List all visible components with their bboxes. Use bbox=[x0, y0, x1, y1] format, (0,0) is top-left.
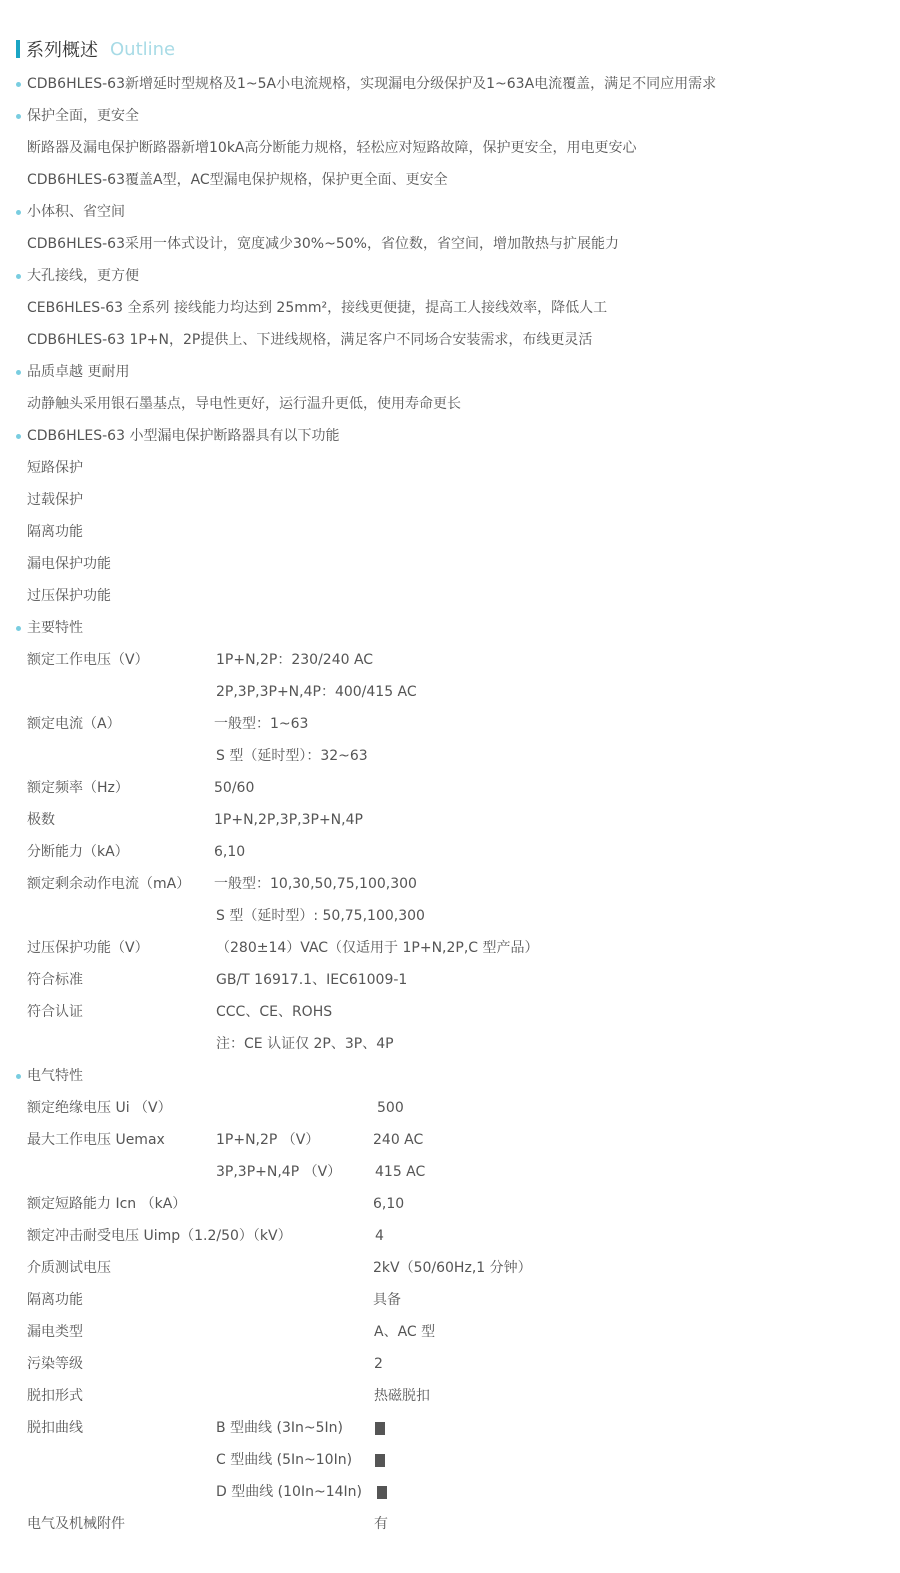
bullet-dot-icon bbox=[16, 82, 21, 87]
heading-accent-bar bbox=[16, 40, 20, 58]
electrical-row: 介质测试电压2kV（50/60Hz,1 分钟） bbox=[0, 1258, 900, 1278]
spec-row: 符合认证CCC、CE、ROHS bbox=[0, 1002, 900, 1022]
electrical-row: 额定冲击耐受电压 Uimp（1.2/50）（kV）4 bbox=[0, 1226, 900, 1246]
electrical-row: 脱扣形式热磁脱扣 bbox=[0, 1386, 900, 1406]
electrical-row: 污染等级2 bbox=[0, 1354, 900, 1374]
electrical-row: C 型曲线 (5In~10In) bbox=[0, 1450, 900, 1470]
heading-title-cn: 系列概述 bbox=[26, 36, 98, 62]
spec-row: 2P,3P,3P+N,4P：400/415 AC bbox=[0, 682, 900, 702]
electrical-row: 额定短路能力 Icn （kA）6,10 bbox=[0, 1194, 900, 1214]
spec-row: 注：CE 认证仅 2P、3P、4P bbox=[0, 1034, 900, 1054]
bullet-dot-icon bbox=[16, 434, 21, 439]
electrical-row: 脱扣曲线B 型曲线 (3In~5In) bbox=[0, 1418, 900, 1438]
section-heading: 系列概述 Outline bbox=[16, 37, 175, 61]
spec-row: 过压保护功能（V）（280±14）VAC（仅适用于 1P+N,2P,C 型产品） bbox=[0, 938, 900, 958]
electrical-row: 3P,3P+N,4P （V）415 AC bbox=[0, 1162, 900, 1182]
checked-mark-icon bbox=[375, 1454, 385, 1467]
spec-row: 额定频率（Hz）50/60 bbox=[0, 778, 900, 798]
electrical-row: 隔离功能具备 bbox=[0, 1290, 900, 1310]
heading-title-en: Outline bbox=[110, 39, 175, 60]
bullet-dot-icon bbox=[16, 210, 21, 215]
spec-row: 额定剩余动作电流（mA）一般型：10,30,50,75,100,300 bbox=[0, 874, 900, 894]
spec-row: 分断能力（kA）6,10 bbox=[0, 842, 900, 862]
checked-mark-icon bbox=[375, 1422, 385, 1435]
electrical-row: 最大工作电压 Uemax1P+N,2P （V）240 AC bbox=[0, 1130, 900, 1150]
bullet-dot-icon bbox=[16, 626, 21, 631]
electrical-row: 电气及机械附件有 bbox=[0, 1514, 900, 1534]
bullet-dot-icon bbox=[16, 370, 21, 375]
spec-row: 符合标准GB/T 16917.1、IEC61009-1 bbox=[0, 970, 900, 990]
spec-row: S 型（延时型）: 50,75,100,300 bbox=[0, 906, 900, 926]
spec-row: 额定电流（A）一般型：1~63 bbox=[0, 714, 900, 734]
electrical-row: D 型曲线 (10In~14In) bbox=[0, 1482, 900, 1502]
checked-mark-icon bbox=[377, 1486, 387, 1499]
spec-row: 额定工作电压（V）1P+N,2P：230/240 AC bbox=[0, 650, 900, 670]
electrical-row: 额定绝缘电压 Ui （V）500 bbox=[0, 1098, 900, 1118]
bullet-dot-icon bbox=[16, 114, 21, 119]
bullet-dot-icon bbox=[16, 1074, 21, 1079]
electrical-row: 漏电类型A、AC 型 bbox=[0, 1322, 900, 1342]
bullet-dot-icon bbox=[16, 274, 21, 279]
spec-row: S 型（延时型）：32~63 bbox=[0, 746, 900, 766]
spec-row: 极数1P+N,2P,3P,3P+N,4P bbox=[0, 810, 900, 830]
